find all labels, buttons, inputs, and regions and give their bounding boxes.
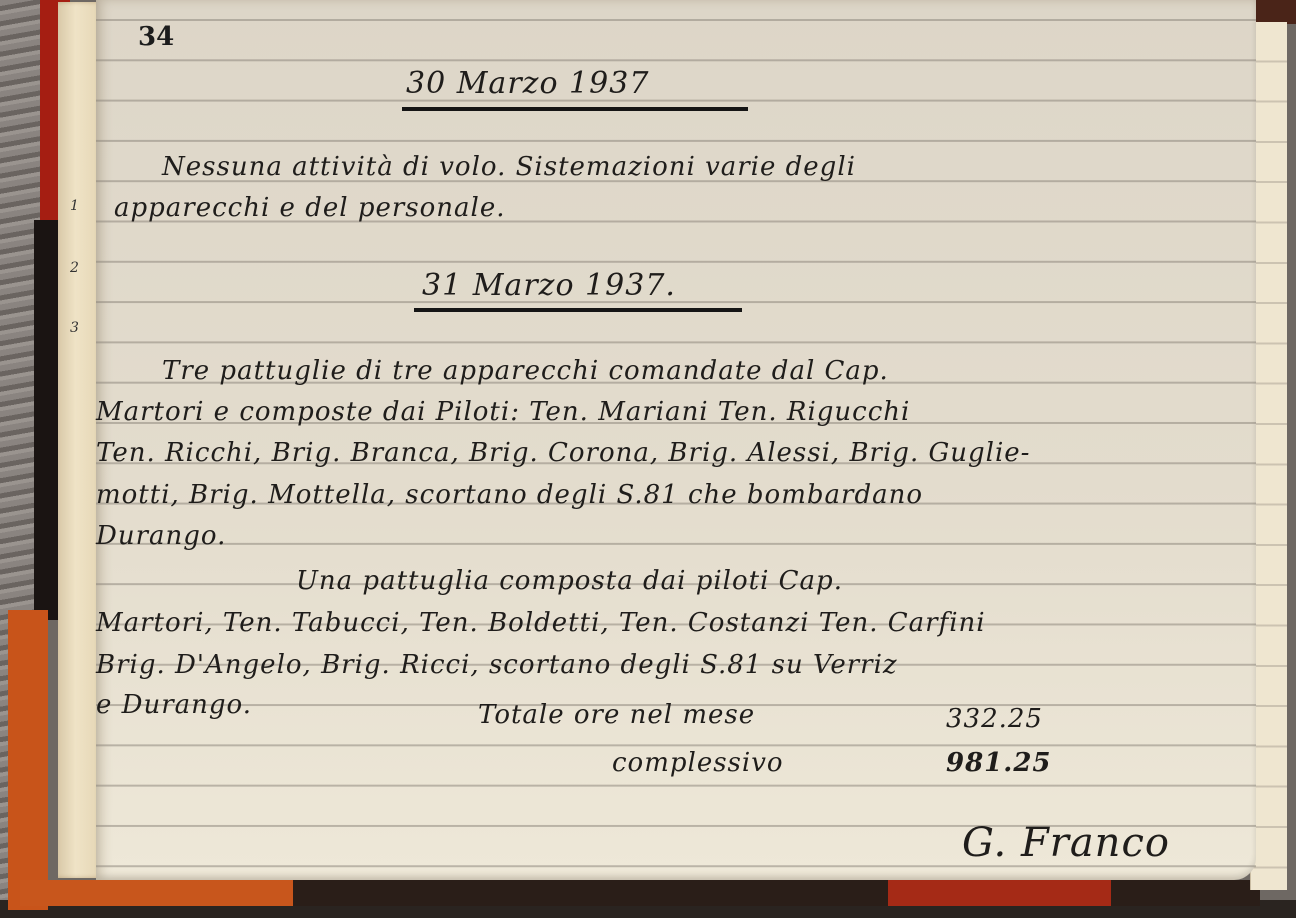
- total-overall-label: complessivo: [612, 748, 784, 778]
- entry-2-para2-line-1: Una pattuglia composta dai piloti Cap.: [296, 566, 843, 596]
- entry-2-line-3: Ten. Ricchi, Brig. Branca, Brig. Corona,…: [96, 438, 1030, 468]
- margin-mark: 2: [70, 260, 79, 276]
- entry-1-line-1: Nessuna attività di volo. Sistemazioni v…: [162, 152, 856, 182]
- total-month-value: 332.25: [946, 704, 1043, 734]
- entry-date-2: 31 Marzo 1937.: [422, 268, 676, 303]
- entry-1-line-2: apparecchi e del personale.: [114, 193, 505, 223]
- book-cover-bottom-edge: [20, 880, 1260, 906]
- book-cover-orange: [8, 610, 48, 910]
- entry-2-para2-line-4: e Durango.: [96, 690, 252, 720]
- margin-mark: 3: [70, 320, 79, 336]
- total-month-label: Totale ore nel mese: [478, 700, 755, 730]
- entry-2-line-2: Martori e composte dai Piloti: Ten. Mari…: [96, 397, 910, 427]
- logbook-page: 34 30 Marzo 1937 Nessuna attività di vol…: [96, 0, 1256, 880]
- signature: G. Franco: [962, 820, 1170, 866]
- entry-2-line-5: Durango.: [96, 521, 226, 551]
- entry-2-para2-line-2: Martori, Ten. Tabucci, Ten. Boldetti, Te…: [96, 608, 986, 638]
- margin-mark: 1: [70, 198, 79, 214]
- entry-2-line-4: motti, Brig. Mottella, scortano degli S.…: [96, 480, 923, 510]
- total-overall-value: 981.25: [946, 748, 1052, 778]
- date-underline: [402, 107, 748, 111]
- entry-date-1: 30 Marzo 1937: [406, 66, 649, 101]
- entry-2-para2-line-3: Brig. D'Angelo, Brig. Ricci, scortano de…: [96, 650, 898, 680]
- page-number: 34: [138, 22, 174, 52]
- date-underline: [414, 308, 742, 312]
- entry-2-line-1: Tre pattuglie di tre apparecchi comandat…: [162, 356, 889, 386]
